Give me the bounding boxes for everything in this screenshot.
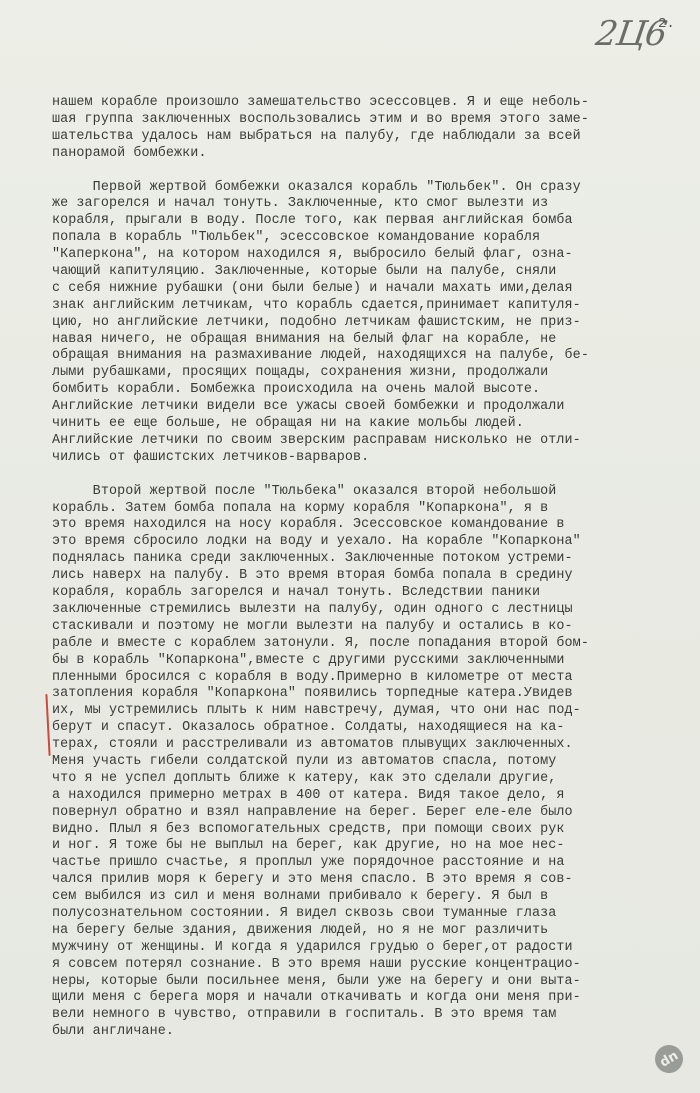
- text-line: их, мы устремились плыть к ним навстречу…: [52, 703, 692, 720]
- text-line: шательства удалось нам выбраться на палу…: [52, 129, 692, 146]
- text-line: были англичане.: [52, 1024, 692, 1041]
- text-line: пленными бросился с корабля в воду.Приме…: [52, 670, 692, 687]
- text-line: видно. Плыл я без вспомогательных средст…: [52, 822, 692, 839]
- sheet-number: 2.: [658, 16, 675, 32]
- text-line: это время находился на носу корабля. Эсе…: [52, 517, 692, 534]
- text-line: сем выбился из сил и меня волнами прибив…: [52, 889, 692, 906]
- text-line: цию, но английские летчики, подобно летч…: [52, 315, 692, 332]
- text-line: рабле и вместе с кораблем затонули. Я, п…: [52, 636, 692, 653]
- text-line: навая ничего, не обращая внимания на бел…: [52, 332, 692, 349]
- text-line: "Каперкона", на котором находился я, выб…: [52, 247, 692, 264]
- text-line: это время сбросило лодки на воду и уехал…: [52, 534, 692, 551]
- text-line: мужчину от женщины. И когда я ударился г…: [52, 940, 692, 957]
- red-margin-mark: [45, 694, 50, 756]
- text-line: Меня участь гибели солдатской пули из ав…: [52, 754, 692, 771]
- text-line: бомбить корабли. Бомбежка происходила на…: [52, 382, 692, 399]
- text-line: вели немного в чувство, отправили в госп…: [52, 1007, 692, 1024]
- text-line: берут и спасут. Оказалось обратное. Солд…: [52, 720, 692, 737]
- text-line: поднялась паника среди заключенных. Закл…: [52, 551, 692, 568]
- text-line: Первой жертвой бомбежки оказался корабль…: [52, 180, 692, 197]
- text-line: знак английским летчикам, что корабль сд…: [52, 298, 692, 315]
- text-line: частье пришло счастье, я проплыл уже пор…: [52, 855, 692, 872]
- text-line: я совсем потерял сознание. В это время н…: [52, 957, 692, 974]
- text-line: полусознательном состоянии. Я видел скво…: [52, 906, 692, 923]
- text-line: с себя нижние рубашки (они были белые) и…: [52, 281, 692, 298]
- text-line: обращая внимания на размахивание людей, …: [52, 348, 692, 365]
- document-page: 2Ц6 2. нашем корабле произошло замешател…: [0, 0, 700, 1093]
- paragraph: Первой жертвой бомбежки оказался корабль…: [52, 180, 692, 467]
- text-line: стаскивали и поэтому не могли вылезти на…: [52, 619, 692, 636]
- text-line: терах, стояли и расстреливали из автомат…: [52, 737, 692, 754]
- text-line: Английские летчики видели все ужасы свое…: [52, 399, 692, 416]
- text-line: корабля, корабль загорелся и начал тонут…: [52, 585, 692, 602]
- text-line: нашем корабле произошло замешательство э…: [52, 95, 692, 112]
- text-line: щили меня с берега моря и начали откачив…: [52, 990, 692, 1007]
- text-line: что я не успел доплыть ближе к катеру, к…: [52, 771, 692, 788]
- text-line: чался прилив моря к берегу и это меня сп…: [52, 872, 692, 889]
- text-line: лись наверх на палубу. В это время втора…: [52, 568, 692, 585]
- text-line: бы в корабль "Копаркона",вместе с другим…: [52, 653, 692, 670]
- text-line: повернул обратно и взял направление на б…: [52, 805, 692, 822]
- paragraph: нашем корабле произошло замешательство э…: [52, 95, 692, 163]
- text-line: затопления корабля "Копаркона" появились…: [52, 686, 692, 703]
- text-line: шая группа заключенных воспользовались э…: [52, 112, 692, 129]
- text-line: неры, которые были посильнее меня, были …: [52, 974, 692, 991]
- text-line: корабль. Затем бомба попала на корму кор…: [52, 501, 692, 518]
- text-line: чающий капитуляцию. Заключенные, которые…: [52, 264, 692, 281]
- text-line: же загорелся и начал тонуть. Заключенные…: [52, 196, 692, 213]
- text-line: а находился примерно метрах в 400 от кат…: [52, 788, 692, 805]
- text-line: Второй жертвой после "Тюльбека" оказался…: [52, 484, 692, 501]
- text-line: попала в корабль "Тюльбек", эсессовское …: [52, 230, 692, 247]
- text-line: корабля, прыгали в воду. После того, как…: [52, 213, 692, 230]
- text-line: чинить ее еще больше, не обращая ни на к…: [52, 416, 692, 433]
- paragraph: Второй жертвой после "Тюльбека" оказался…: [52, 484, 692, 1041]
- text-line: лыми рубашками, просящих пощады, сохране…: [52, 365, 692, 382]
- typewritten-body: нашем корабле произошло замешательство э…: [52, 95, 692, 1058]
- text-line: на берегу белые здания, движения людей, …: [52, 923, 692, 940]
- text-line: и ног. Я тоже бы не выплыл на берег, как…: [52, 838, 692, 855]
- text-line: панорамой бомбежки.: [52, 146, 692, 163]
- text-line: чились от фашистских летчиков-варваров.: [52, 450, 692, 467]
- text-line: Английские летчики по своим зверским рас…: [52, 433, 692, 450]
- text-line: заключенные стремились вылезти на палубу…: [52, 602, 692, 619]
